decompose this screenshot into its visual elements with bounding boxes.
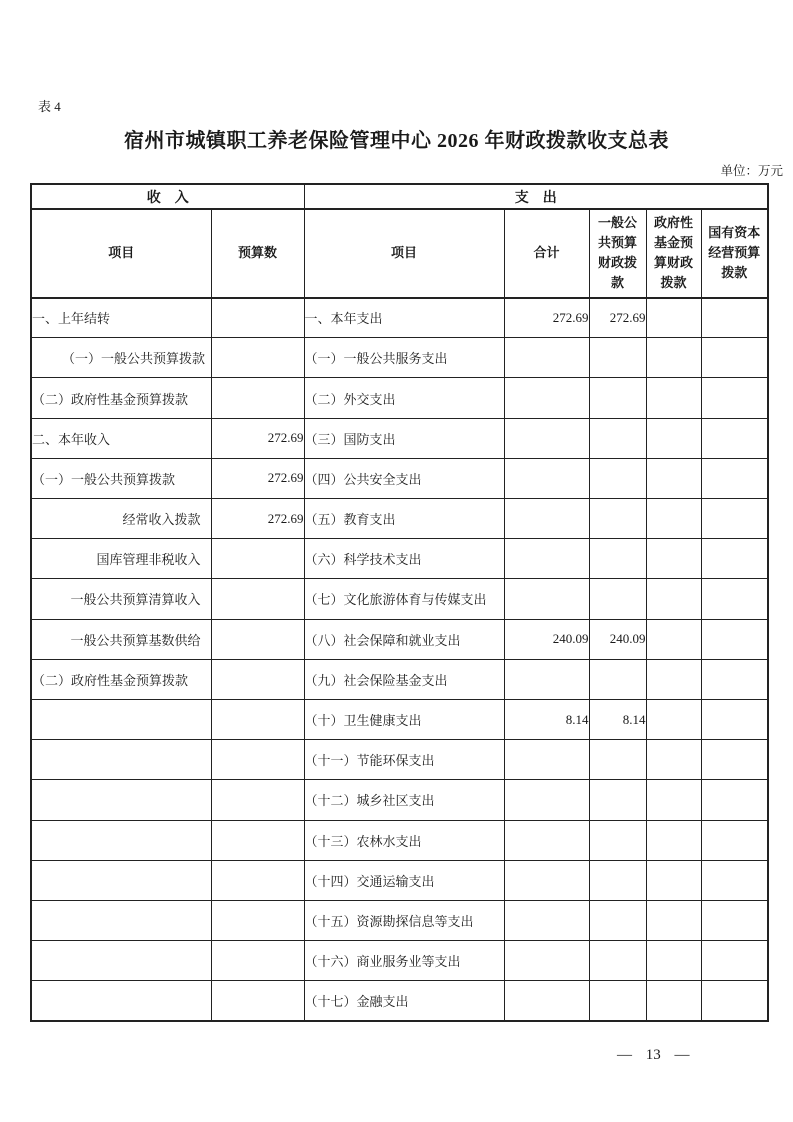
income-item-cell <box>31 820 211 860</box>
income-item-cell <box>31 780 211 820</box>
table-row: （十）卫生健康支出8.148.14 <box>31 699 768 739</box>
expense-total-cell <box>504 539 589 579</box>
gov-fund-budget-cell <box>646 539 701 579</box>
expense-item-cell: （六）科学技术支出 <box>304 539 504 579</box>
col-header-state-capital: 国有资本经营预算拨款 <box>701 209 768 298</box>
income-item-cell: （二）政府性基金预算拨款 <box>31 659 211 699</box>
gov-fund-budget-cell <box>646 860 701 900</box>
state-capital-budget-cell <box>701 338 768 378</box>
expense-item-cell: （七）文化旅游体育与传媒支出 <box>304 579 504 619</box>
expense-total-cell <box>504 659 589 699</box>
expense-total-cell <box>504 820 589 860</box>
col-header-general-public: 一般公共预算财政拨款 <box>589 209 646 298</box>
general-public-budget-cell: 240.09 <box>589 619 646 659</box>
general-public-budget-cell: 8.14 <box>589 699 646 739</box>
gov-fund-budget-cell <box>646 941 701 981</box>
income-budget-cell <box>211 378 304 418</box>
expense-section-header: 支 出 <box>304 184 768 209</box>
table-row: （十七）金融支出 <box>31 981 768 1021</box>
expense-item-cell: （十）卫生健康支出 <box>304 699 504 739</box>
income-item-cell: （一）一般公共预算拨款 <box>31 338 211 378</box>
gov-fund-budget-cell <box>646 981 701 1021</box>
income-budget-cell: 272.69 <box>211 499 304 539</box>
income-budget-cell <box>211 780 304 820</box>
income-item-cell: （二）政府性基金预算拨款 <box>31 378 211 418</box>
income-budget-cell <box>211 699 304 739</box>
state-capital-budget-cell <box>701 659 768 699</box>
income-item-cell: （一）一般公共预算拨款 <box>31 458 211 498</box>
gov-fund-budget-cell <box>646 699 701 739</box>
income-budget-cell <box>211 338 304 378</box>
budget-table: 收 入 支 出 项目 预算数 项目 合计 一般公共预算财政拨款 政府性基金预算财… <box>30 183 769 1022</box>
expense-item-cell: （四）公共安全支出 <box>304 458 504 498</box>
general-public-budget-cell <box>589 981 646 1021</box>
col-header-expense-item: 项目 <box>304 209 504 298</box>
table-row: 一、上年结转一、本年支出272.69272.69 <box>31 298 768 338</box>
expense-total-cell <box>504 780 589 820</box>
income-item-cell <box>31 860 211 900</box>
expense-total-cell <box>504 740 589 780</box>
expense-item-cell: （三）国防支出 <box>304 418 504 458</box>
income-budget-cell <box>211 659 304 699</box>
expense-total-cell <box>504 418 589 458</box>
column-header-row: 项目 预算数 项目 合计 一般公共预算财政拨款 政府性基金预算财政拨款 国有资本… <box>31 209 768 298</box>
table-row: 经常收入拨款272.69（五）教育支出 <box>31 499 768 539</box>
expense-total-cell: 8.14 <box>504 699 589 739</box>
income-item-cell <box>31 699 211 739</box>
gov-fund-budget-cell <box>646 418 701 458</box>
col-header-gov-fund: 政府性基金预算财政拨款 <box>646 209 701 298</box>
table-row: （十三）农林水支出 <box>31 820 768 860</box>
table-row: （二）政府性基金预算拨款（二）外交支出 <box>31 378 768 418</box>
income-budget-cell <box>211 820 304 860</box>
expense-item-cell: （二）外交支出 <box>304 378 504 418</box>
state-capital-budget-cell <box>701 418 768 458</box>
income-budget-cell <box>211 298 304 338</box>
state-capital-budget-cell <box>701 699 768 739</box>
gov-fund-budget-cell <box>646 579 701 619</box>
income-item-cell: 经常收入拨款 <box>31 499 211 539</box>
table-row: （十六）商业服务业等支出 <box>31 941 768 981</box>
expense-total-cell: 272.69 <box>504 298 589 338</box>
general-public-budget-cell <box>589 900 646 940</box>
expense-item-cell: （十六）商业服务业等支出 <box>304 941 504 981</box>
table-label: 表 4 <box>38 96 61 115</box>
expense-item-cell: （十一）节能环保支出 <box>304 740 504 780</box>
state-capital-budget-cell <box>701 740 768 780</box>
income-item-cell: 国库管理非税收入 <box>31 539 211 579</box>
general-public-budget-cell <box>589 659 646 699</box>
income-budget-cell <box>211 539 304 579</box>
income-item-cell: 一般公共预算清算收入 <box>31 579 211 619</box>
general-public-budget-cell <box>589 820 646 860</box>
gov-fund-budget-cell <box>646 499 701 539</box>
income-item-cell <box>31 981 211 1021</box>
general-public-budget-cell <box>589 499 646 539</box>
income-budget-cell: 272.69 <box>211 418 304 458</box>
state-capital-budget-cell <box>701 458 768 498</box>
expense-item-cell: （十四）交通运输支出 <box>304 860 504 900</box>
general-public-budget-cell <box>589 458 646 498</box>
income-item-cell <box>31 900 211 940</box>
income-budget-cell <box>211 579 304 619</box>
table-row: （二）政府性基金预算拨款（九）社会保险基金支出 <box>31 659 768 699</box>
expense-item-cell: （一）一般公共服务支出 <box>304 338 504 378</box>
general-public-budget-cell: 272.69 <box>589 298 646 338</box>
income-item-cell <box>31 740 211 780</box>
col-header-total: 合计 <box>504 209 589 298</box>
table-row: （一）一般公共预算拨款（一）一般公共服务支出 <box>31 338 768 378</box>
unit-label: 单位：万元 <box>720 161 783 179</box>
expense-total-cell <box>504 499 589 539</box>
state-capital-budget-cell <box>701 579 768 619</box>
col-header-income-budget: 预算数 <box>211 209 304 298</box>
general-public-budget-cell <box>589 338 646 378</box>
table-row: 二、本年收入272.69（三）国防支出 <box>31 418 768 458</box>
expense-total-cell <box>504 338 589 378</box>
expense-total-cell <box>504 860 589 900</box>
state-capital-budget-cell <box>701 860 768 900</box>
state-capital-budget-cell <box>701 981 768 1021</box>
expense-item-cell: （八）社会保障和就业支出 <box>304 619 504 659</box>
section-header-row: 收 入 支 出 <box>31 184 768 209</box>
gov-fund-budget-cell <box>646 820 701 860</box>
gov-fund-budget-cell <box>646 298 701 338</box>
general-public-budget-cell <box>589 539 646 579</box>
expense-item-cell: （十五）资源勘探信息等支出 <box>304 900 504 940</box>
income-budget-cell: 272.69 <box>211 458 304 498</box>
income-budget-cell <box>211 740 304 780</box>
table-row: （十一）节能环保支出 <box>31 740 768 780</box>
state-capital-budget-cell <box>701 900 768 940</box>
gov-fund-budget-cell <box>646 780 701 820</box>
document-page: 表 4 宿州市城镇职工养老保险管理中心 2026 年财政拨款收支总表 单位：万元… <box>0 0 793 1122</box>
income-budget-cell <box>211 619 304 659</box>
gov-fund-budget-cell <box>646 900 701 940</box>
table-row: （一）一般公共预算拨款272.69（四）公共安全支出 <box>31 458 768 498</box>
table-body: 一、上年结转一、本年支出272.69272.69（一）一般公共预算拨款（一）一般… <box>31 298 768 1021</box>
income-budget-cell <box>211 981 304 1021</box>
expense-item-cell: （十三）农林水支出 <box>304 820 504 860</box>
general-public-budget-cell <box>589 418 646 458</box>
expense-item-cell: 一、本年支出 <box>304 298 504 338</box>
table-row: （十四）交通运输支出 <box>31 860 768 900</box>
expense-item-cell: （九）社会保险基金支出 <box>304 659 504 699</box>
table-header: 收 入 支 出 项目 预算数 项目 合计 一般公共预算财政拨款 政府性基金预算财… <box>31 184 768 298</box>
table-row: 一般公共预算基数供给（八）社会保障和就业支出240.09240.09 <box>31 619 768 659</box>
state-capital-budget-cell <box>701 941 768 981</box>
income-section-header: 收 入 <box>31 184 304 209</box>
income-budget-cell <box>211 860 304 900</box>
income-item-cell: 二、本年收入 <box>31 418 211 458</box>
table-row: （十五）资源勘探信息等支出 <box>31 900 768 940</box>
expense-total-cell <box>504 458 589 498</box>
page-title: 宿州市城镇职工养老保险管理中心 2026 年财政拨款收支总表 <box>0 124 793 153</box>
expense-total-cell <box>504 378 589 418</box>
general-public-budget-cell <box>589 579 646 619</box>
gov-fund-budget-cell <box>646 338 701 378</box>
expense-total-cell <box>504 981 589 1021</box>
expense-item-cell: （十二）城乡社区支出 <box>304 780 504 820</box>
expense-total-cell <box>504 941 589 981</box>
expense-total-cell: 240.09 <box>504 619 589 659</box>
income-item-cell: 一、上年结转 <box>31 298 211 338</box>
state-capital-budget-cell <box>701 619 768 659</box>
state-capital-budget-cell <box>701 298 768 338</box>
income-item-cell <box>31 941 211 981</box>
state-capital-budget-cell <box>701 780 768 820</box>
gov-fund-budget-cell <box>646 619 701 659</box>
table-row: 国库管理非税收入（六）科学技术支出 <box>31 539 768 579</box>
col-header-income-item: 项目 <box>31 209 211 298</box>
gov-fund-budget-cell <box>646 378 701 418</box>
general-public-budget-cell <box>589 740 646 780</box>
expense-total-cell <box>504 579 589 619</box>
general-public-budget-cell <box>589 378 646 418</box>
income-item-cell: 一般公共预算基数供给 <box>31 619 211 659</box>
general-public-budget-cell <box>589 780 646 820</box>
gov-fund-budget-cell <box>646 740 701 780</box>
expense-item-cell: （十七）金融支出 <box>304 981 504 1021</box>
table-row: 一般公共预算清算收入（七）文化旅游体育与传媒支出 <box>31 579 768 619</box>
gov-fund-budget-cell <box>646 659 701 699</box>
state-capital-budget-cell <box>701 378 768 418</box>
general-public-budget-cell <box>589 941 646 981</box>
general-public-budget-cell <box>589 860 646 900</box>
state-capital-budget-cell <box>701 539 768 579</box>
state-capital-budget-cell <box>701 820 768 860</box>
expense-total-cell <box>504 900 589 940</box>
page-number: — 13 — <box>617 1047 690 1064</box>
gov-fund-budget-cell <box>646 458 701 498</box>
state-capital-budget-cell <box>701 499 768 539</box>
income-budget-cell <box>211 900 304 940</box>
expense-item-cell: （五）教育支出 <box>304 499 504 539</box>
income-budget-cell <box>211 941 304 981</box>
table-row: （十二）城乡社区支出 <box>31 780 768 820</box>
